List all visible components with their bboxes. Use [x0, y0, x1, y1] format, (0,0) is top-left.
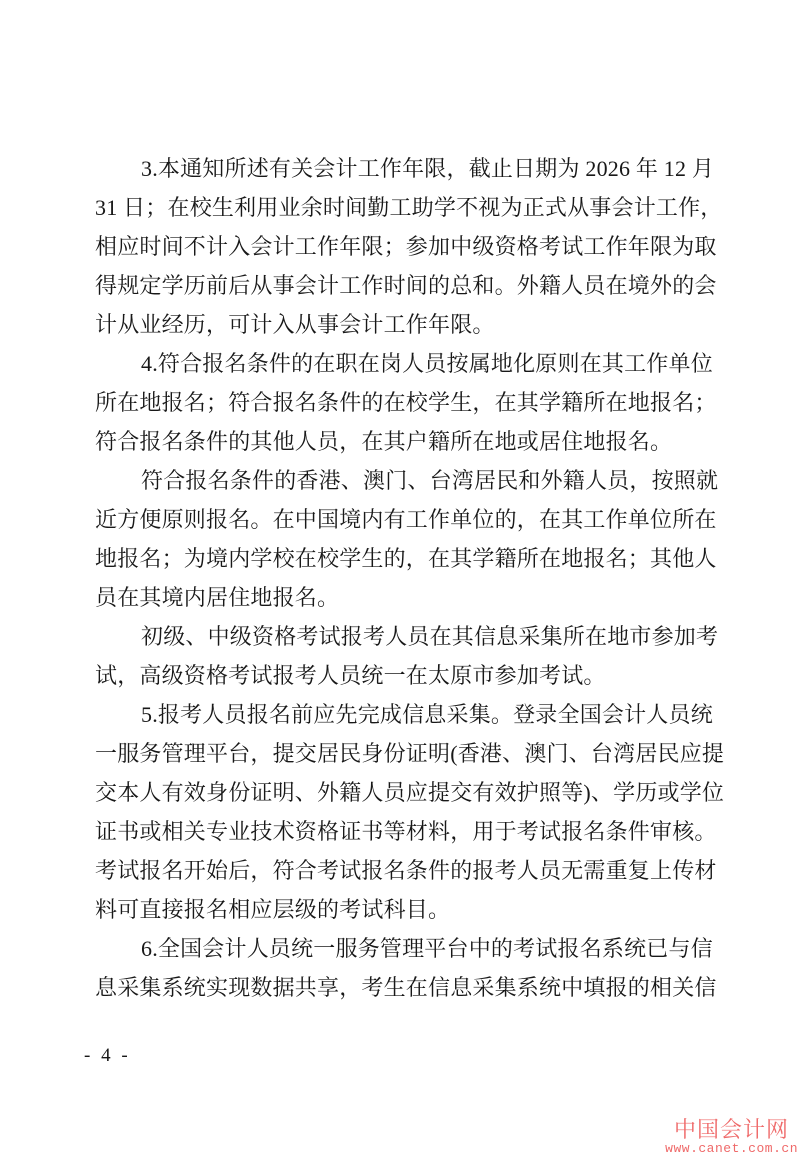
watermark-site-name: 中国会计网	[665, 1117, 789, 1142]
text-line: 相应时间不计入会计工作年限；参加中级资格考试工作年限为取	[95, 227, 711, 266]
text-line: 4.符合报名条件的在职在岗人员按属地化原则在其工作单位	[95, 344, 711, 383]
text-line: 符合报名条件的其他人员，在其户籍所在地或居住地报名。	[95, 422, 711, 461]
text-line: 交本人有效身份证明、外籍人员应提交有效护照等)、学历或学位	[95, 773, 711, 812]
text-line: 6.全国会计人员统一服务管理平台中的考试报名系统已与信	[95, 929, 711, 968]
text-line: 一服务管理平台，提交居民身份证明(香港、澳门、台湾居民应提	[95, 734, 711, 773]
text-line: 员在其境内居住地报名。	[95, 578, 711, 617]
text-line: 5.报考人员报名前应先完成信息采集。登录全国会计人员统	[95, 695, 711, 734]
text-line: 符合报名条件的香港、澳门、台湾居民和外籍人员，按照就	[95, 461, 711, 500]
text-line: 所在地报名；符合报名条件的在校学生，在其学籍所在地报名；	[95, 383, 711, 422]
text-line: 证书或相关专业技术资格证书等材料，用于考试报名条件审核。	[95, 812, 711, 851]
text-line: 3.本通知所述有关会计工作年限，截止日期为 2026 年 12 月	[95, 149, 711, 188]
watermark-site-url: www.canet.com.cn	[665, 1142, 798, 1156]
text-line: 考试报名开始后，符合考试报名条件的报考人员无需重复上传材	[95, 851, 711, 890]
page-number: - 4 -	[84, 1045, 131, 1067]
document-page: 3.本通知所述有关会计工作年限，截止日期为 2026 年 12 月31 日；在校…	[0, 0, 800, 1165]
text-line: 试，高级资格考试报考人员统一在太原市参加考试。	[95, 656, 711, 695]
text-line: 31 日；在校生利用业余时间勤工助学不视为正式从事会计工作，	[95, 188, 711, 227]
text-line: 地报名；为境内学校在校学生的，在其学籍所在地报名；其他人	[95, 539, 711, 578]
text-line: 初级、中级资格考试报考人员在其信息采集所在地市参加考	[95, 617, 711, 656]
text-line: 计从业经历，可计入从事会计工作年限。	[95, 305, 711, 344]
text-line: 近方便原则报名。在中国境内有工作单位的，在其工作单位所在	[95, 500, 711, 539]
document-body: 3.本通知所述有关会计工作年限，截止日期为 2026 年 12 月31 日；在校…	[95, 149, 711, 1007]
site-watermark: 中国会计网 www.canet.com.cn	[665, 1117, 798, 1156]
text-line: 息采集系统实现数据共享，考生在信息采集系统中填报的相关信	[95, 968, 711, 1007]
text-line: 料可直接报名相应层级的考试科目。	[95, 890, 711, 929]
text-line: 得规定学历前后从事会计工作时间的总和。外籍人员在境外的会	[95, 266, 711, 305]
